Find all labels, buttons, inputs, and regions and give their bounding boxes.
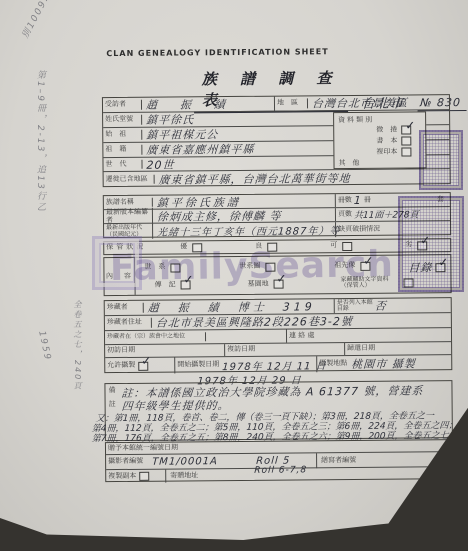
footer-table: 贈予本館統一編號日期 攝影者編號 TM1/0001A Roll 5 Roll 6… bbox=[105, 439, 453, 482]
in-catalog-label: 是否列入本館目錄 bbox=[335, 298, 375, 313]
checkbox-icon bbox=[401, 147, 411, 156]
scribe-number-label: 繕寫者編號 bbox=[321, 457, 356, 465]
editors-label: 最新版本編纂者 bbox=[104, 208, 153, 225]
filming-location-value: 桃園市 攝製 bbox=[351, 355, 416, 372]
ancestral-home-value: 廣東省嘉應州鎮平縣 bbox=[146, 141, 255, 158]
material-item-photocopy: 複印本 bbox=[338, 146, 421, 158]
filming-permit-label: 允許攝製 bbox=[107, 362, 135, 370]
duplicate-cell: 複製副本 bbox=[106, 470, 166, 484]
return-date-label: 歸還日期 bbox=[345, 344, 377, 354]
ancestral-home-label: 祖 籍 bbox=[103, 145, 142, 155]
migration-value: 廣東省鎮平縣，台灣台北萬華街等地 bbox=[158, 169, 351, 187]
genealogy-name-label: 族譜名稱 bbox=[104, 198, 153, 208]
first-ancestor-label: 始 祖 bbox=[103, 130, 142, 140]
filming-location-cell: 攝製地點 桃園市 攝製 bbox=[317, 355, 451, 372]
respondent-label: 受訪者 bbox=[103, 100, 142, 110]
damage-label: 缺頁破損情況 bbox=[336, 225, 384, 235]
duplicate-label: 複製副本 bbox=[108, 473, 136, 481]
microfilm-label: 微 捲 bbox=[376, 126, 397, 134]
keeper-address-value: 台北市景美區興隆路2段226巷3-2號 bbox=[155, 313, 353, 331]
checkbox-icon bbox=[139, 472, 149, 481]
material-item-book: 書 本 bbox=[338, 135, 421, 147]
volumes-unit: 冊 bbox=[362, 196, 373, 205]
revisit-cell: 複訪日期 bbox=[225, 343, 345, 356]
clan-position-cell bbox=[206, 330, 287, 344]
keeper-address-label: 珍藏者住址 bbox=[105, 318, 152, 328]
first-visit-cell: 初訪日期 bbox=[105, 344, 225, 357]
editors-cell: 徐炳成主修，徐傅麟 等 bbox=[153, 208, 336, 223]
filming-date-label: 開始攝製日期 bbox=[177, 361, 219, 369]
revisit-label: 複訪日期 bbox=[225, 345, 257, 355]
donation-address-cell: 寄贈地址 bbox=[166, 469, 198, 482]
scribe-number-cell: 繕寫者編號 bbox=[316, 453, 356, 468]
district-value: 台灣台北市景美區 bbox=[311, 94, 408, 111]
volumes-label: 冊數 bbox=[336, 196, 354, 206]
other-label: 其 他 bbox=[338, 160, 359, 168]
surname-hall-value: 鎮平徐氏 bbox=[146, 111, 195, 127]
remarks-label: 備 註 bbox=[106, 386, 116, 407]
film-number-value: TM1/0001A bbox=[152, 456, 218, 468]
contact-label: 連 絡 處 bbox=[287, 331, 317, 341]
keeper-table: 珍藏者 趙 振 績 博士 319 是否列入本館目錄 否 珍藏者住址 台北市景美區… bbox=[104, 297, 453, 373]
generations-value: 20世 bbox=[146, 156, 175, 172]
filming-permit-cell: 允許攝製 ✓ bbox=[105, 358, 175, 375]
publish-year-cell: 光緒十三年丁亥年（西元1887年）等 bbox=[153, 222, 336, 239]
photocopy-label: 複印本 bbox=[376, 148, 397, 156]
filming-date-value: 1978年 12月 11 日 bbox=[222, 357, 327, 373]
return-date-cell: 歸還日期 bbox=[345, 342, 451, 355]
pages-label: 頁數 bbox=[336, 210, 354, 220]
district-label: 地 區 bbox=[275, 99, 308, 109]
respondent-name: 趙 振 績 bbox=[145, 96, 231, 113]
generations-label: 世 代 bbox=[103, 160, 142, 170]
in-catalog-value: 否 bbox=[374, 298, 387, 314]
first-visit-label: 初訪日期 bbox=[105, 346, 137, 356]
seal-stamp-icon bbox=[398, 196, 464, 292]
migration-label: 遷徙已含地區 bbox=[104, 175, 155, 185]
genealogy-name-cell: 鎮平徐氏族譜 bbox=[153, 194, 336, 209]
clan-position-label: 珍藏者在（宗）族會中之地位 bbox=[105, 333, 206, 342]
checkbox-icon bbox=[401, 136, 411, 145]
donation-number-label: 贈予本館統一編號日期 bbox=[106, 443, 180, 453]
material-item-microfilm: 微 捲 ✓ bbox=[338, 124, 421, 136]
editors-value: 徐炳成主修，徐傅麟 等 bbox=[156, 207, 281, 224]
publish-year-value: 光緒十三年丁亥年（西元1887年）等 bbox=[157, 222, 341, 239]
paper-sheet: CLAN GENEALOGY IDENTIFICATION SHEET 族 譜 … bbox=[0, 0, 468, 551]
scanned-document-canvas: CLAN GENEALOGY IDENTIFICATION SHEET 族 譜 … bbox=[0, 0, 468, 551]
surname-hall-label: 姓氏堂號 bbox=[103, 115, 142, 125]
table-row-keeper-address: 珍藏者住址 台北市景美區興隆路2段226巷3-2號 bbox=[105, 313, 451, 331]
familysearch-watermark: FamilySearch bbox=[110, 244, 394, 289]
keeper-address-cell: 台北市景美區興隆路2段226巷3-2號 bbox=[152, 312, 451, 331]
material-item-other: 其 他 bbox=[338, 157, 421, 169]
keeper-label: 珍藏者 bbox=[105, 303, 144, 313]
remarks-table: 備 註 註：本譜係國立政治大學院珍藏為 A 61377 號，營建系 四年級學生提… bbox=[104, 380, 452, 441]
migration-cell: 廣東省鎮平縣，台灣台北萬華街等地 bbox=[155, 169, 450, 188]
donation-address-label: 寄贈地址 bbox=[170, 472, 198, 480]
book-label: 書 本 bbox=[376, 137, 397, 145]
roll-number2-handwritten: Roll 6-7,8 bbox=[254, 465, 308, 475]
margin-note-left-column: 第1–9冊，2-13，追13行乙 bbox=[34, 70, 47, 320]
form-title-en: CLAN GENEALOGY IDENTIFICATION SHEET bbox=[0, 46, 437, 59]
respondent-value-cell: 趙 振 績 bbox=[142, 97, 275, 112]
material-type-box: 資料類別 微 捲 ✓ 書 本 複印本 其 他 bbox=[333, 111, 426, 169]
margin-note-lower-left: 全卷五之七，240頁 bbox=[72, 300, 83, 470]
film-number-label: 攝影者編號 bbox=[106, 457, 152, 467]
volumes-value: 1 bbox=[353, 194, 362, 207]
seal-stamp-icon bbox=[419, 130, 463, 190]
